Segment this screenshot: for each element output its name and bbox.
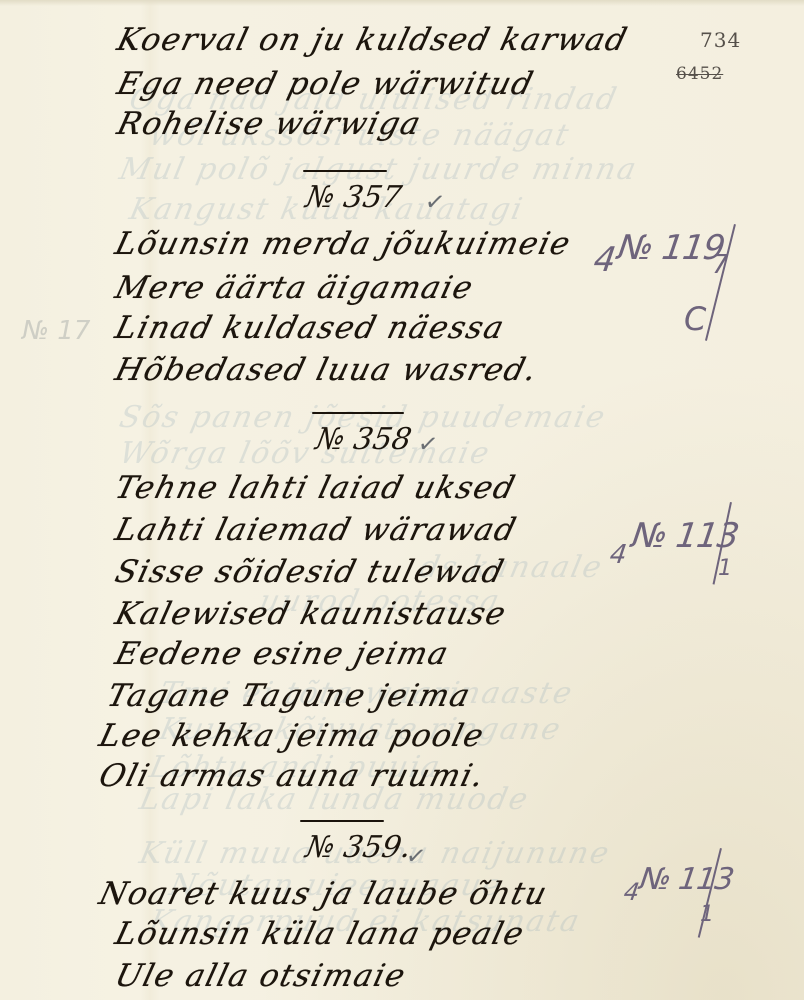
- margin-ref-fraction-top: 7: [712, 250, 729, 280]
- check-mark-icon: ✓: [423, 187, 447, 218]
- verse-line: Koerval on ju kuldsed karwad: [114, 22, 632, 58]
- verse-line: Ule alla otsimaie: [112, 958, 410, 994]
- margin-ref-fraction-bottom: 1: [718, 556, 732, 581]
- verse-line: Oli armas auna ruumi.: [96, 758, 489, 794]
- archive-number: 734: [700, 28, 741, 52]
- verse-line: Ega need pole wärwitud: [114, 66, 538, 102]
- section-divider: [312, 412, 404, 414]
- verse-line: Tagane Tagune jeima: [104, 678, 475, 714]
- section-number: № 357: [303, 180, 404, 215]
- verse-line: Linad kuldased näessa: [112, 310, 509, 346]
- verse-line: Lõunsin küla lana peale: [112, 916, 529, 952]
- verse-line: Hõbedased luua wasred.: [112, 352, 542, 388]
- manuscript-page: Oga nad jäid uiulised rindad wõi ükssõsi…: [0, 0, 804, 1000]
- verse-line: Noaret kuus ja laube õhtu: [96, 876, 552, 912]
- left-margin-note: № 17: [22, 316, 90, 346]
- section-divider: [300, 820, 384, 822]
- margin-ref-label: № 119: [615, 228, 727, 268]
- verse-line: Lõunsin merda jõukuimeie: [112, 226, 575, 262]
- check-mark-icon: ✓: [404, 841, 428, 872]
- verse-line: Tehne lahti laiad uksed: [112, 470, 520, 506]
- verse-line: Rohelise wärwiga: [114, 106, 426, 142]
- verse-line: Lahti laiemad wärawad: [112, 512, 521, 548]
- verse-line: Sisse sõidesid tulewad: [112, 554, 509, 590]
- page-top-edge: [0, 0, 804, 6]
- section-divider: [303, 170, 387, 172]
- check-mark-icon: ✓: [416, 429, 440, 460]
- archive-number-struck: 6452: [676, 64, 723, 84]
- section-number: № 358: [313, 422, 414, 457]
- section-number: № 359.: [303, 830, 414, 865]
- margin-ref-fraction-bottom: C: [684, 300, 706, 338]
- verse-line: Kalewised kaunistause: [112, 596, 511, 632]
- margin-ref-label: № 113: [638, 862, 736, 897]
- margin-ref-prefix: 4: [591, 240, 617, 280]
- verse-line: Lee kehka jeima poole: [96, 718, 489, 754]
- verse-line: Eedene esine jeima: [112, 636, 453, 672]
- margin-ref-fraction-bottom: 1: [700, 902, 714, 927]
- verse-line: Mere äärta äigamaie: [112, 270, 478, 306]
- margin-ref-prefix: 4: [608, 540, 628, 570]
